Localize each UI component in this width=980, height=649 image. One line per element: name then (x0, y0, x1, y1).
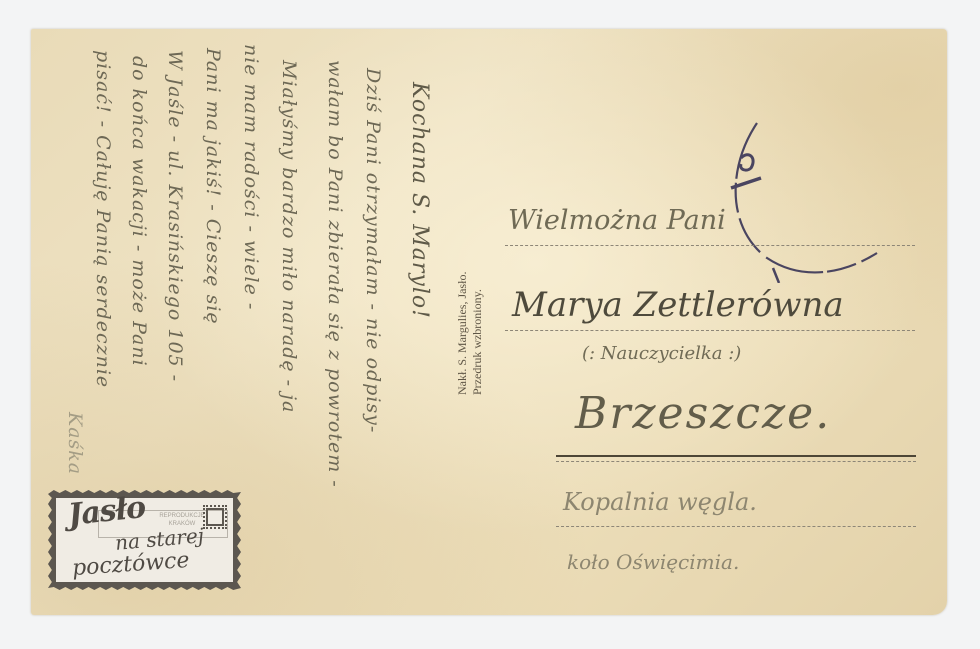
address-rule-4 (556, 461, 916, 462)
message-line: Kochana S. Marylo! (407, 82, 432, 319)
address-town: Brzeszcze. (575, 388, 831, 439)
address-rule-2 (505, 330, 915, 331)
address-rule-3 (556, 455, 916, 457)
message-line: W Jaśle - ul. Krasińskiego 105 - (164, 50, 186, 382)
address-occupation: (: Nauczycielka :) (582, 343, 741, 364)
message-line: wałam bo Pani zbierała się z powrotem - (324, 60, 346, 488)
address-place: Kopalnia węgla. (563, 488, 757, 516)
message-line: nie mam radości - wiele - (240, 44, 262, 310)
message-line: Pani ma jakiś! - Cieszę się (202, 48, 224, 325)
publisher-line-2: Przedruk wzbroniony. (470, 195, 485, 395)
publisher-imprint: Nakł. S. Margulies, Jasło. Przedruk wzbr… (455, 195, 485, 395)
message-line: Dziś Pani otrzymałam - nie odpisy- (362, 68, 384, 433)
message-signature: Kaśka (64, 412, 86, 475)
publisher-line-1: Nakł. S. Margulies, Jasło. (455, 195, 470, 395)
address-region: koło Oświęcimia. (567, 550, 739, 574)
postmark-icon (717, 118, 887, 283)
address-recipient-name: Marya Zettlerówna (512, 285, 844, 325)
postage-stamp-icon (203, 505, 227, 529)
address-salutation: Wielmożna Pani (508, 205, 726, 236)
address-rule-5 (556, 526, 916, 527)
address-rule-1 (505, 245, 915, 246)
message-line: Miałyśmy bardzo miło naradę - ja (278, 60, 300, 413)
message-line: do końca wakacji - może Pani (128, 56, 150, 367)
message-line: pisać! - Całuję Panią serdecznie (92, 50, 114, 388)
